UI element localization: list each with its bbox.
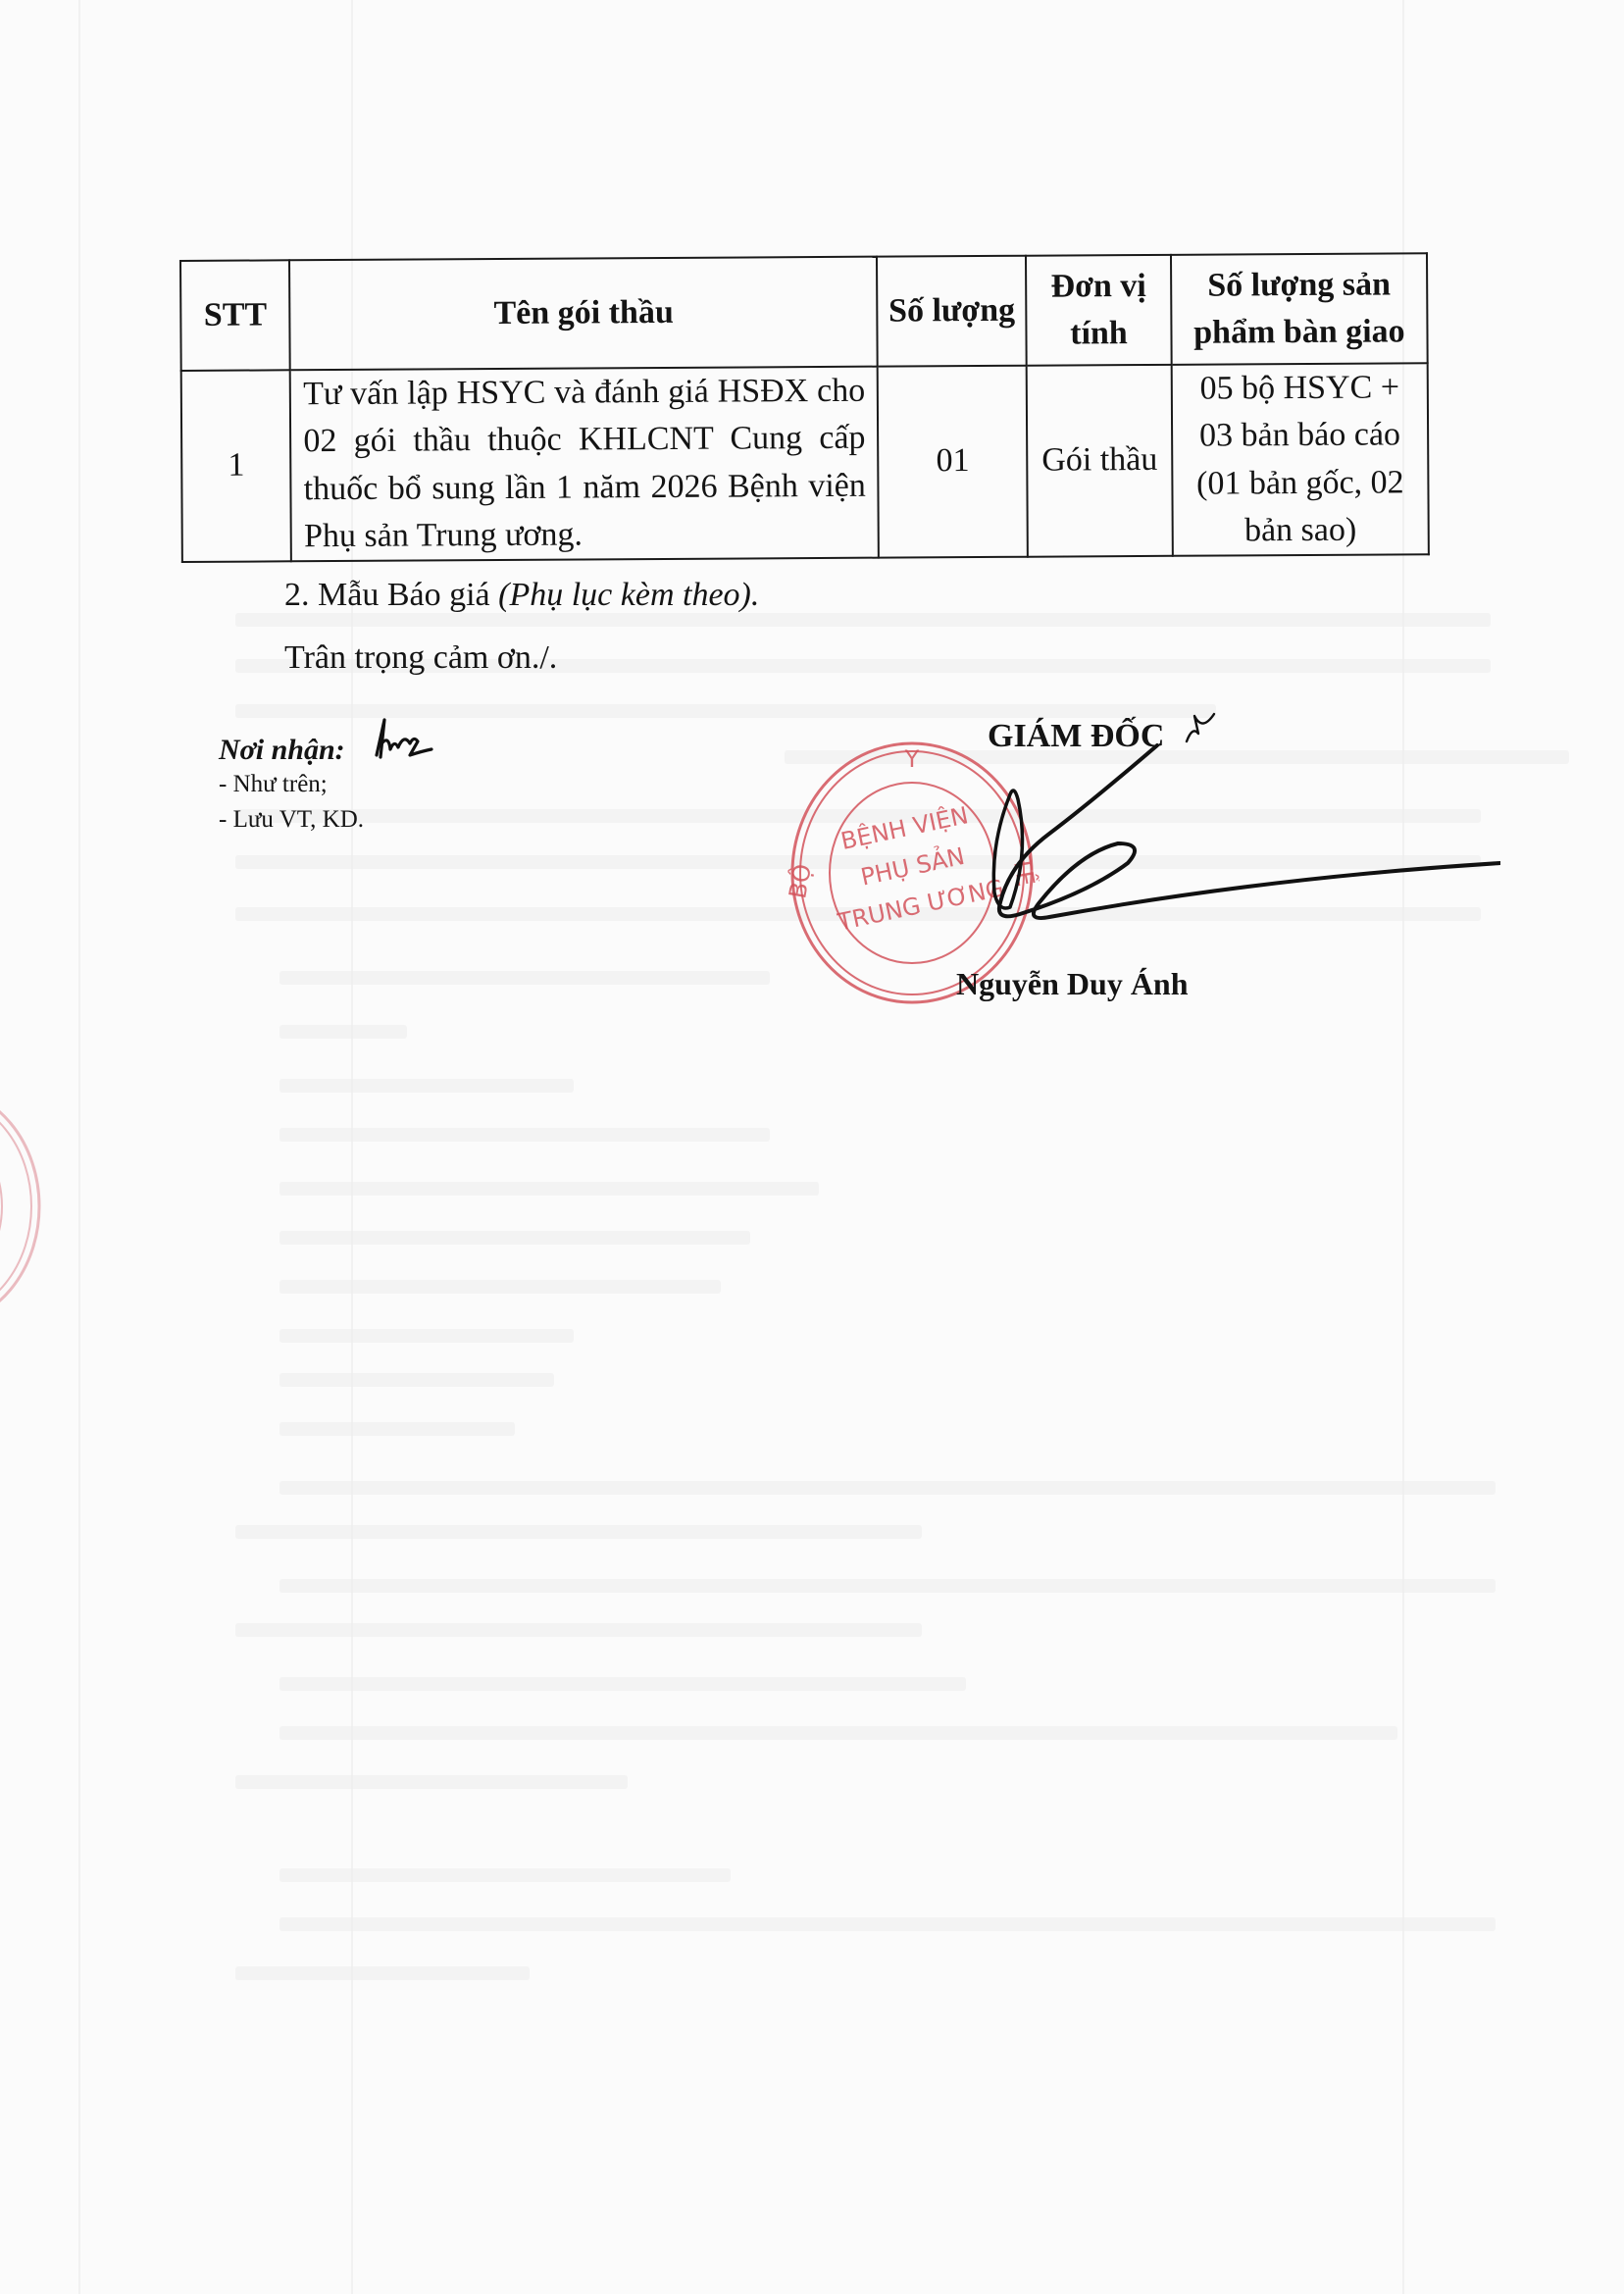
cell-stt: 1 [181,370,292,562]
initials-mark-icon [371,716,439,763]
signature-icon [971,706,1500,961]
header-package-name: Tên gói thầu [289,257,878,371]
recipients-title: Nơi nhận: [219,734,364,767]
cell-unit: Gói thầu [1027,365,1173,557]
table-row: 1 Tư vấn lập HSYC và đánh giá HSĐX cho 0… [181,363,1429,562]
bid-package-table: STT Tên gói thầu Số lượng Đơn vị tính Số… [179,252,1430,563]
cell-deliverables: 05 bộ HSYC + 03 bản báo cáo (01 bản gốc,… [1172,363,1429,556]
closing-line: Trân trọng cảm ơn./. [284,639,557,677]
table-header-row: STT Tên gói thầu Số lượng Đơn vị tính Số… [180,253,1428,371]
partial-seal-icon [0,1079,78,1334]
signer-name: Nguyễn Duy Ánh [956,966,1189,1002]
header-deliverables: Số lượng sản phẩm bàn giao [1171,253,1428,365]
recipients-block: Nơi nhận: - Như trên; - Lưu VT, KD. [219,734,364,838]
seal-top-text: Y [904,745,920,773]
item-2-line: 2. Mẫu Báo giá (Phụ lục kèm theo). [284,577,759,614]
recipient-item: - Lưu VT, KD. [219,802,364,838]
header-stt: STT [180,260,290,371]
header-unit: Đơn vị tính [1026,255,1171,366]
seal-left-text: BỘ [785,861,817,900]
cell-quantity: 01 [878,366,1028,558]
item-2-text: 2. Mẫu Báo giá [284,577,498,613]
recipient-item: - Như trên; [219,767,364,802]
scan-edge [78,0,80,2294]
item-2-italic-note: (Phụ lục kèm theo). [498,577,759,613]
header-quantity: Số lượng [877,256,1026,367]
cell-package-name: Tư vấn lập HSYC và đánh giá HSĐX cho 02 … [290,367,879,562]
